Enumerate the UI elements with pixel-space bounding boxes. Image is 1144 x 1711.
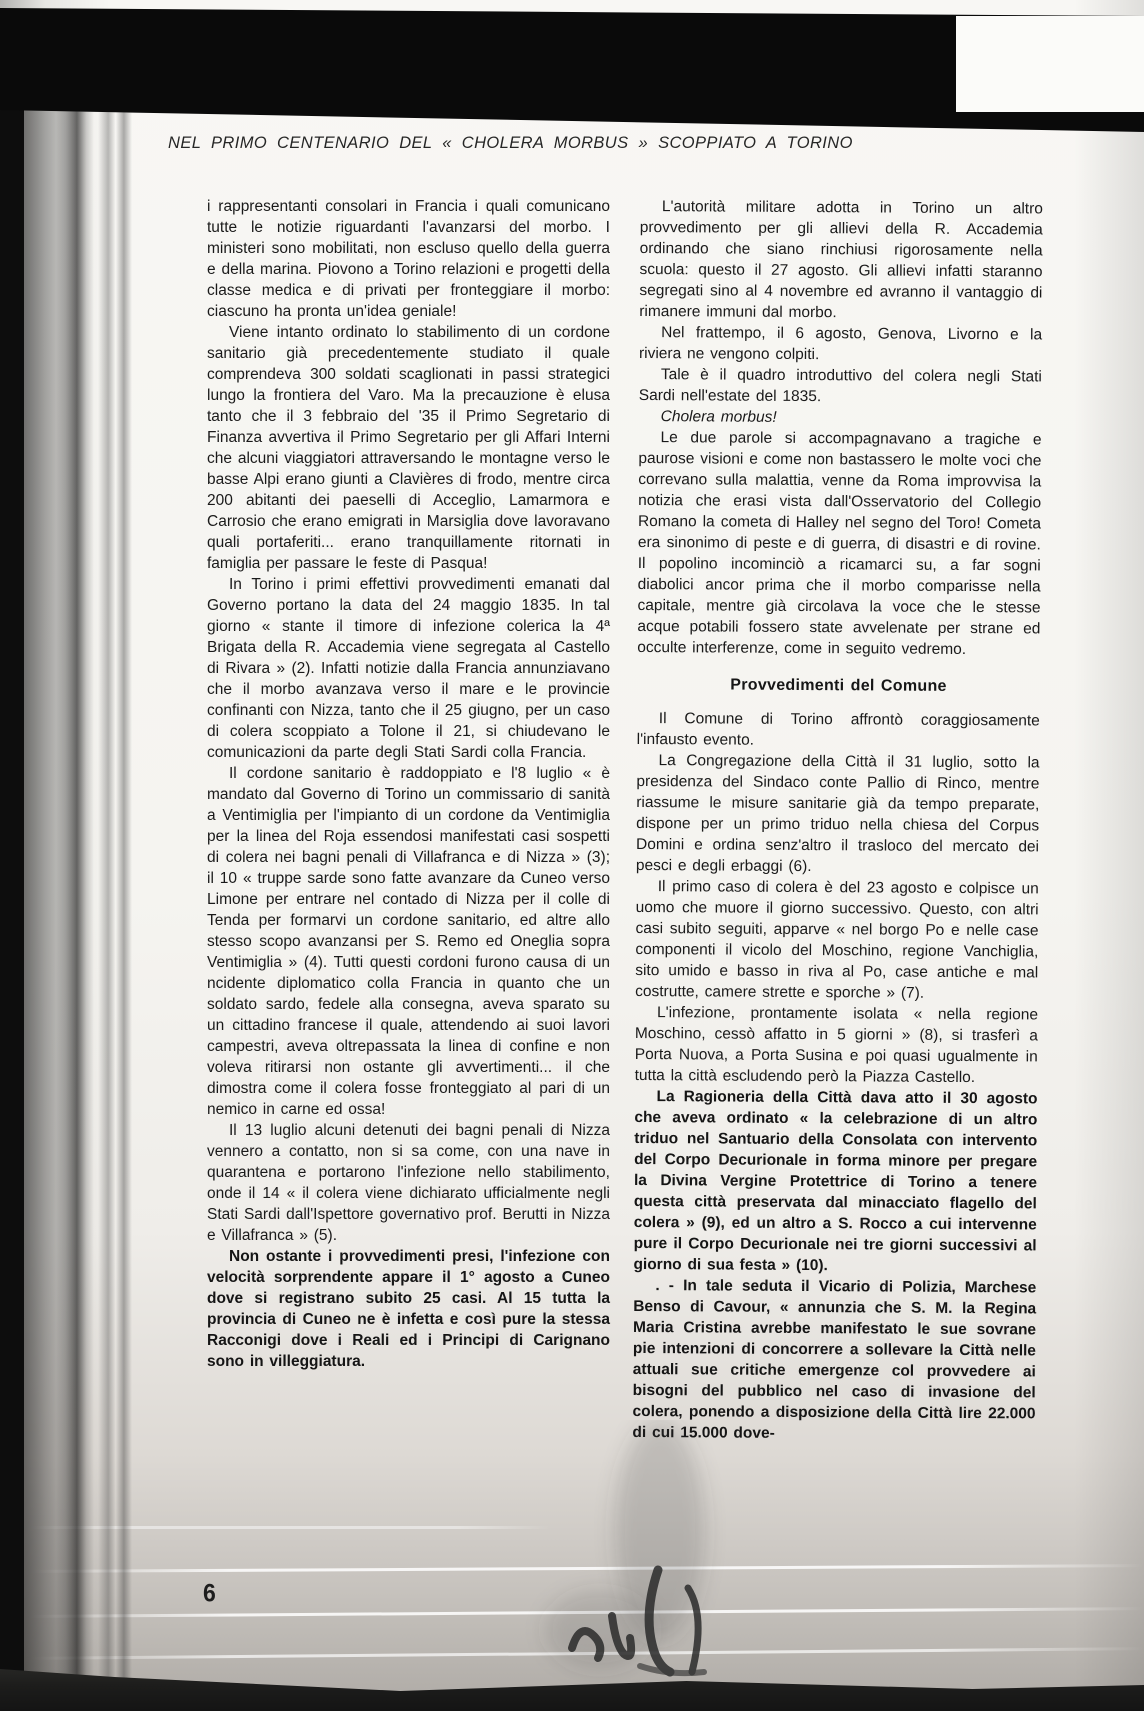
paragraph: L'autorità militare adotta in Torino un … (639, 196, 1043, 324)
left-column: i rappresentanti consolari in Francia i … (207, 196, 610, 1443)
book-gutter-fade (22, 100, 84, 1683)
paragraph: La Congregazione della Città il 31 lugli… (636, 750, 1040, 878)
paragraph: Il primo caso di colera è del 23 agosto … (635, 876, 1039, 1004)
paragraph-latin-phrase: Cholera morbus! (639, 406, 1042, 429)
paragraph: L'infezione, prontamente isolata « nella… (635, 1002, 1039, 1088)
book-gutter-band (0, 28, 24, 1687)
paragraph: La Ragioneria della Città dava atto il 3… (633, 1086, 1037, 1277)
paragraph: Tale è il quadro introduttivo del colera… (639, 364, 1042, 408)
running-header: NEL PRIMO CENTENARIO DEL « CHOLERA MORBU… (168, 134, 853, 153)
page-edge-shadow-outer (98, 106, 132, 1685)
article-body: i rappresentanti consolari in Francia i … (207, 196, 1043, 1443)
paragraph: Il 13 luglio alcuni detenuti dei bagni p… (207, 1120, 610, 1246)
scan-white-notch (956, 16, 1144, 112)
paragraph: Nel frattempo, il 6 agosto, Genova, Livo… (639, 322, 1042, 366)
paragraph: Le due parole si accompagnavano a tragic… (637, 427, 1041, 660)
section-heading: Provvedimenti del Comune (637, 674, 1040, 697)
paragraph: Il cordone sanitario è raddoppiato e l'8… (207, 763, 610, 1120)
paragraph: Il Comune di Torino affrontò coraggiosam… (637, 708, 1040, 752)
page-number: 6 (203, 1579, 216, 1608)
paragraph: Non ostante i provvedimenti presi, l'inf… (207, 1246, 610, 1372)
right-column: L'autorità militare adotta in Torino un … (632, 196, 1043, 1445)
paragraph: In Torino i primi effettivi provvediment… (207, 574, 610, 763)
ink-smudge (520, 1420, 780, 1700)
paragraph: Viene intanto ordinato lo stabilimento d… (207, 322, 610, 574)
paragraph: i rappresentanti consolari in Francia i … (207, 196, 610, 322)
